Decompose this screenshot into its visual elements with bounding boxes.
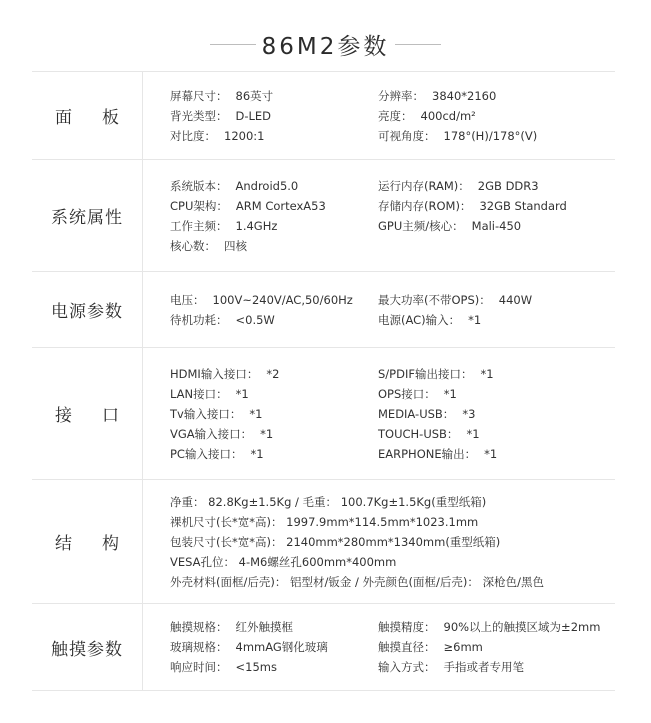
row-label-char: 接 bbox=[55, 401, 72, 426]
page-title: 86M2参数 bbox=[256, 28, 396, 61]
row-label-char: 口 bbox=[102, 401, 119, 426]
spec-item: GPU主频/核心：Mali-450 bbox=[378, 216, 615, 236]
spec-item: 可视角度：178°(H)/178°(V) bbox=[378, 126, 615, 146]
spec-item: 玻璃规格：4mmAG钢化玻璃 bbox=[170, 637, 378, 657]
spec-column-left: HDMI输入接口：*2 LAN接口：*1 Tv输入接口：*1 VGA输入接口：*… bbox=[170, 364, 378, 464]
spec-item: 触摸规格：红外触摸框 bbox=[170, 617, 378, 637]
spec-item: OPS接口：*1 bbox=[378, 384, 615, 404]
spec-column-left: 电压：100V~240V/AC,50/60Hz 待机功耗：<0.5W bbox=[170, 290, 378, 330]
row-content: 屏幕尺寸：86英寸 背光类型：D-LED 对比度：1200:1 分辨率：3840… bbox=[143, 72, 615, 159]
row-label: 面 板 bbox=[32, 72, 143, 159]
spec-item: 背光类型：D-LED bbox=[170, 106, 378, 126]
spec-item: TOUCH-USB：*1 bbox=[378, 424, 615, 444]
row-label-char: 板 bbox=[102, 103, 119, 128]
spec-row-structure: 结 构 净重： 82.8Kg±1.5Kg / 毛重： 100.7Kg±1.5Kg… bbox=[32, 480, 615, 604]
spec-item: 分辨率：3840*2160 bbox=[378, 86, 615, 106]
spec-item: 净重： 82.8Kg±1.5Kg / 毛重： 100.7Kg±1.5Kg(重型纸… bbox=[170, 492, 615, 512]
title-right-rule bbox=[395, 44, 441, 45]
spec-item: 输入方式：手指或者专用笔 bbox=[378, 657, 615, 677]
spec-item: 系统版本：Android5.0 bbox=[170, 176, 378, 196]
row-label-char: 面 bbox=[55, 103, 72, 128]
row-label: 结 构 bbox=[32, 480, 143, 603]
row-label: 接 口 bbox=[32, 348, 143, 479]
spec-item: 电压：100V~240V/AC,50/60Hz bbox=[170, 290, 378, 310]
row-label: 触摸参数 bbox=[32, 604, 143, 690]
row-content: 系统版本：Android5.0 CPU架构：ARM CortexA53 工作主频… bbox=[143, 160, 615, 271]
spec-item: 待机功耗：<0.5W bbox=[170, 310, 378, 330]
spec-item: 外壳材料(面框/后壳)： 铝型材/钣金 / 外壳颜色(面框/后壳)： 深枪色/黑… bbox=[170, 572, 615, 592]
spec-item: HDMI输入接口：*2 bbox=[170, 364, 378, 384]
spec-column-full: 净重： 82.8Kg±1.5Kg / 毛重： 100.7Kg±1.5Kg(重型纸… bbox=[170, 492, 615, 592]
spec-item: S/PDIF输出接口：*1 bbox=[378, 364, 615, 384]
spec-column-left: 屏幕尺寸：86英寸 背光类型：D-LED 对比度：1200:1 bbox=[170, 86, 378, 146]
row-label-char: 结 bbox=[55, 529, 72, 554]
row-content: 电压：100V~240V/AC,50/60Hz 待机功耗：<0.5W 最大功率(… bbox=[143, 272, 615, 347]
row-label-text: 电源参数 bbox=[51, 297, 123, 322]
spec-item: PC输入接口：*1 bbox=[170, 444, 378, 464]
spec-item: 工作主频：1.4GHz bbox=[170, 216, 378, 236]
spec-item: 电源(AC)输入：*1 bbox=[378, 310, 615, 330]
spec-item: VESA孔位： 4-M6螺丝孔600mm*400mm bbox=[170, 552, 615, 572]
title-left-rule bbox=[210, 44, 256, 45]
spec-column-left: 触摸规格：红外触摸框 玻璃规格：4mmAG钢化玻璃 响应时间：<15ms bbox=[170, 617, 378, 677]
spec-table: 面 板 屏幕尺寸：86英寸 背光类型：D-LED 对比度：1200:1 分辨率：… bbox=[32, 71, 615, 691]
spec-column-right: 触摸精度：90%以上的触摸区域为±2mm 触摸直径：≥6mm 输入方式：手指或者… bbox=[378, 617, 615, 677]
spec-item: 亮度：400cd/m² bbox=[378, 106, 615, 126]
spec-item: 对比度：1200:1 bbox=[170, 126, 378, 146]
spec-row-panel: 面 板 屏幕尺寸：86英寸 背光类型：D-LED 对比度：1200:1 分辨率：… bbox=[32, 72, 615, 160]
spec-column-right: 运行内存(RAM)：2GB DDR3 存储内存(ROM)：32GB Standa… bbox=[378, 176, 615, 236]
spec-item: 运行内存(RAM)：2GB DDR3 bbox=[378, 176, 615, 196]
spec-item: 存储内存(ROM)：32GB Standard bbox=[378, 196, 615, 216]
spec-item: 裸机尺寸(长*宽*高)： 1997.9mm*114.5mm*1023.1mm bbox=[170, 512, 615, 532]
spec-item: VGA输入接口：*1 bbox=[170, 424, 378, 444]
spec-item: CPU架构：ARM CortexA53 bbox=[170, 196, 378, 216]
spec-item: 核心数：四核 bbox=[170, 236, 378, 256]
spec-item: 最大功率(不带OPS)：440W bbox=[378, 290, 615, 310]
spec-row-touch: 触摸参数 触摸规格：红外触摸框 玻璃规格：4mmAG钢化玻璃 响应时间：<15m… bbox=[32, 604, 615, 691]
spec-row-system: 系统属性 系统版本：Android5.0 CPU架构：ARM CortexA53… bbox=[32, 160, 615, 272]
row-label-text: 系统属性 bbox=[51, 203, 123, 228]
spec-column-right: 最大功率(不带OPS)：440W 电源(AC)输入：*1 bbox=[378, 290, 615, 330]
row-label-char: 构 bbox=[102, 529, 119, 554]
spec-item: 屏幕尺寸：86英寸 bbox=[170, 86, 378, 106]
spec-column-right: S/PDIF输出接口：*1 OPS接口：*1 MEDIA-USB：*3 TOUC… bbox=[378, 364, 615, 464]
row-content: 触摸规格：红外触摸框 玻璃规格：4mmAG钢化玻璃 响应时间：<15ms 触摸精… bbox=[143, 604, 615, 690]
row-label: 电源参数 bbox=[32, 272, 143, 347]
spec-row-power: 电源参数 电压：100V~240V/AC,50/60Hz 待机功耗：<0.5W … bbox=[32, 272, 615, 348]
spec-item: Tv输入接口：*1 bbox=[170, 404, 378, 424]
spec-item: 触摸精度：90%以上的触摸区域为±2mm bbox=[378, 617, 615, 637]
row-content: HDMI输入接口：*2 LAN接口：*1 Tv输入接口：*1 VGA输入接口：*… bbox=[143, 348, 615, 479]
spec-item: 响应时间：<15ms bbox=[170, 657, 378, 677]
row-label: 系统属性 bbox=[32, 160, 143, 271]
spec-item: MEDIA-USB：*3 bbox=[378, 404, 615, 424]
spec-column-right: 分辨率：3840*2160 亮度：400cd/m² 可视角度：178°(H)/1… bbox=[378, 86, 615, 146]
spec-item: LAN接口：*1 bbox=[170, 384, 378, 404]
row-content: 净重： 82.8Kg±1.5Kg / 毛重： 100.7Kg±1.5Kg(重型纸… bbox=[143, 480, 615, 603]
spec-column-left: 系统版本：Android5.0 CPU架构：ARM CortexA53 工作主频… bbox=[170, 176, 378, 256]
page-header: 86M2参数 bbox=[0, 26, 651, 62]
spec-item: 触摸直径：≥6mm bbox=[378, 637, 615, 657]
spec-item: EARPHONE输出：*1 bbox=[378, 444, 615, 464]
spec-row-interfaces: 接 口 HDMI输入接口：*2 LAN接口：*1 Tv输入接口：*1 VGA输入… bbox=[32, 348, 615, 480]
spec-item: 包装尺寸(长*宽*高)： 2140mm*280mm*1340mm(重型纸箱) bbox=[170, 532, 615, 552]
row-label-text: 触摸参数 bbox=[51, 635, 123, 660]
